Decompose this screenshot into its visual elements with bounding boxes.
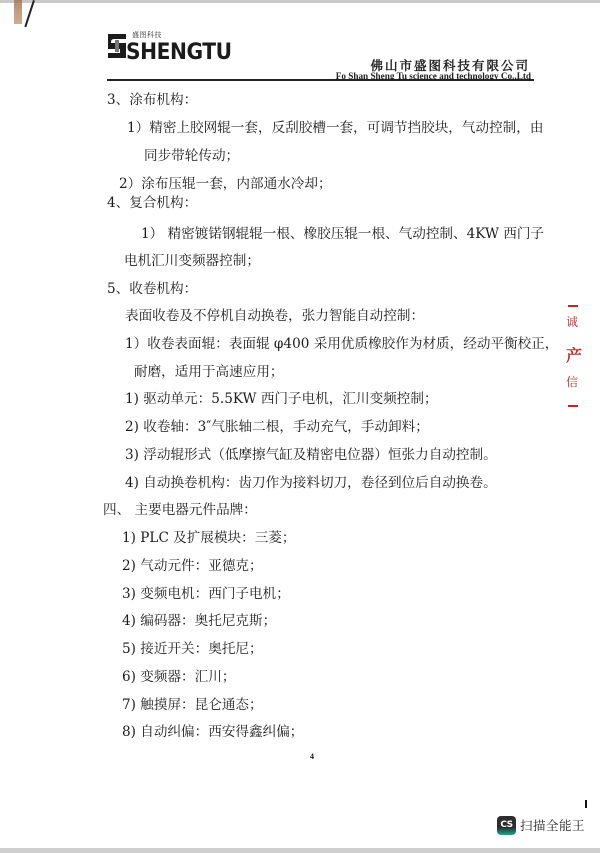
document-line: 耐磨，适用于高速应用； <box>134 363 284 381</box>
document-line: 1）收卷表面辊：表面辊 φ400 采用优质橡胶作为材质，经动平衡校正， <box>125 335 558 353</box>
document-line: 3) 变频电机：西门子电机； <box>122 585 290 603</box>
stamp-char: 信 <box>566 373 578 390</box>
stamp-edge <box>568 405 578 407</box>
document-line: 7) 触摸屏：昆仑通态； <box>122 696 263 714</box>
document-line: 1) 驱动单元：5.5KW 西门子电机，汇川变频控制； <box>125 390 438 408</box>
top-border <box>0 0 600 3</box>
logo-chinese-name: 盛图科技 <box>132 30 162 40</box>
scan-mark <box>585 800 587 808</box>
document-line: 4、复合机构： <box>107 194 197 212</box>
page-corner-edge <box>24 0 35 27</box>
document-line: 2) 收卷轴：3″气胀轴二根，手动充气，手动卸料； <box>125 418 429 436</box>
document-line: 电机汇川变频器控制； <box>124 252 260 270</box>
document-line: 5、收卷机构： <box>107 280 197 298</box>
document-line: 2）涂布压辊一套，内部通水冷却； <box>119 175 332 193</box>
document-line: 3) 浮动辊形式（低摩擦气缸及精密电位器）恒张力自动控制。 <box>125 446 497 464</box>
page-corner-tear <box>14 0 22 24</box>
document-line: 6) 变频器：汇川； <box>122 668 235 686</box>
stamp-edge <box>568 305 578 307</box>
logo-wordmark: SHENGTU <box>126 40 232 65</box>
stamp-char: 产 <box>566 343 582 366</box>
stamp-char: 诚 <box>566 313 578 330</box>
document-line: 3、涂布机构： <box>107 91 197 109</box>
bottom-border <box>0 848 600 853</box>
camscanner-watermark: CS 扫描全能王 <box>497 814 585 836</box>
document-line: 四、 主要电器元件品牌： <box>103 501 257 519</box>
document-line: 4) 编码器：奥托尼克斯； <box>122 612 276 630</box>
document-line: 1）精密上胶网辊一套，反刮胶槽一套，可调节挡胶块，气动控制，由 <box>127 119 543 137</box>
document-line: 2) 气动元件：亚德克； <box>122 557 263 575</box>
document-line: 同步带轮传动； <box>144 147 239 165</box>
header-divider <box>107 79 534 81</box>
red-seal-stamp: 诚 产 信 <box>564 305 584 415</box>
document-line: 1） 精密镀锘钢辊辊一根、橡胶压辊一根、气动控制、4KW 西门子 <box>141 225 544 243</box>
watermark-text: 扫描全能王 <box>520 816 585 834</box>
document-line: 4) 自动换卷机构：齿刀作为接料切刀，卷径到位后自动换卷。 <box>125 474 497 492</box>
document-line: 5) 接近开关：奥托尼； <box>122 640 263 658</box>
document-line: 8) 自动纠偏：西安得鑫纠偏； <box>122 723 303 741</box>
shengtu-logo-icon <box>106 31 128 61</box>
camscanner-logo-icon: CS <box>497 816 516 835</box>
document-line: 1) PLC 及扩展模块：三菱； <box>122 529 296 547</box>
document-line: 表面收卷及不停机自动换卷，张力智能自动控制： <box>125 307 424 325</box>
page-number: 4 <box>310 752 314 761</box>
company-logo: 盛图科技 SHENGTU <box>106 29 226 65</box>
